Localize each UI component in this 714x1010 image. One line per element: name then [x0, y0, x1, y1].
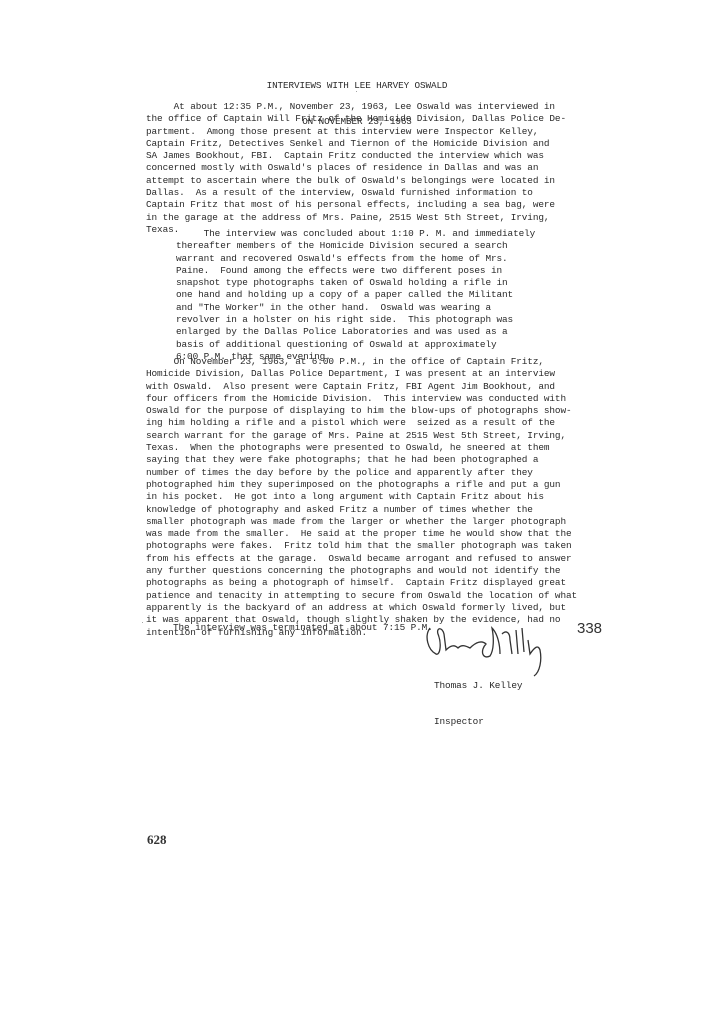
text-line: Dallas. As a result of the interview, Os… [146, 187, 566, 199]
text-line: search warrant for the garage of Mrs. Pa… [146, 430, 577, 442]
signer-name: Thomas J. Kelley [434, 680, 522, 692]
text-line: photographed him they superimposed on th… [146, 479, 577, 491]
text-line: smaller photograph was made from the lar… [146, 516, 577, 528]
paragraph-1: At about 12:35 P.M., November 23, 1963, … [146, 101, 566, 236]
text-line: Oswald for the purpose of displaying to … [146, 405, 577, 417]
text-line: in the garage at the address of Mrs. Pai… [146, 212, 566, 224]
page-number: 628 [147, 832, 167, 848]
text-line: The interview was concluded about 1:10 P… [146, 228, 535, 240]
title-line-1: INTERVIEWS WITH LEE HARVEY OSWALD [0, 80, 714, 92]
text-line: concerned mostly with Oswald's places of… [146, 162, 566, 174]
text-line: saying that they were fake photographs; … [146, 454, 577, 466]
text-line: basis of additional questioning of Oswal… [146, 339, 535, 351]
text-line: enlarged by the Dallas Police Laboratori… [146, 326, 535, 338]
text-line: Texas. When the photographs were present… [146, 442, 577, 454]
text-line: At about 12:35 P.M., November 23, 1963, … [146, 101, 566, 113]
text-line: apparently is the backyard of an address… [146, 602, 577, 614]
exhibit-number: 338 [577, 620, 602, 637]
text-line: ing him holding a rifle and a pistol whi… [146, 417, 577, 429]
document-page: INTERVIEWS WITH LEE HARVEY OSWALD ON NOV… [0, 0, 714, 1010]
text-line: and "The Worker" in the other hand. Oswa… [146, 302, 535, 314]
text-line: SA James Bookhout, FBI. Captain Fritz co… [146, 150, 566, 162]
text-line: Captain Fritz that most of his personal … [146, 199, 566, 211]
text-line: from his effects at the garage. Oswald b… [146, 553, 577, 565]
paragraph-2: The interview was concluded about 1:10 P… [146, 228, 535, 363]
text-line: snapshot type photographs taken of Oswal… [146, 277, 535, 289]
text-line: with Oswald. Also present were Captain F… [146, 381, 577, 393]
text-line: On November 23, 1963, at 6:00 P.M., in t… [146, 356, 577, 368]
text-line: was made from the smaller. He said at th… [146, 528, 577, 540]
text-line: photographs were fakes. Fritz told him t… [146, 540, 577, 552]
text-line: in his pocket. He got into a long argume… [146, 491, 577, 503]
scan-speck [356, 91, 357, 92]
text-line: four officers from the Homicide Division… [146, 393, 577, 405]
text-line: warrant and recovered Oswald's effects f… [146, 253, 535, 265]
text-line: thereafter members of the Homicide Divis… [146, 240, 535, 252]
text-line: any further questions concerning the pho… [146, 565, 577, 577]
scan-speck [142, 622, 143, 623]
text-line: revolver in a holster on his right side.… [146, 314, 535, 326]
text-line: patience and tenacity in attempting to s… [146, 590, 577, 602]
text-line: one hand and holding up a copy of a pape… [146, 289, 535, 301]
scan-speck [445, 118, 447, 120]
signer-title: Inspector [434, 716, 522, 728]
signature-block: Thomas J. Kelley Inspector [434, 656, 522, 752]
text-line: Paine. Found among the effects were two … [146, 265, 535, 277]
text-line: Homicide Division, Dallas Police Departm… [146, 368, 577, 380]
text-line: knowledge of photography and asked Fritz… [146, 504, 577, 516]
text-line: Captain Fritz, Detectives Senkel and Tie… [146, 138, 566, 150]
text-line: photographs as being a photograph of him… [146, 577, 577, 589]
text-line: attempt to ascertain where the bulk of O… [146, 175, 566, 187]
closing-line: The interview was terminated at about 7:… [173, 622, 433, 634]
text-line: partment. Among those present at this in… [146, 126, 566, 138]
text-line: number of times the day before by the po… [146, 467, 577, 479]
paragraph-3: On November 23, 1963, at 6:00 P.M., in t… [146, 356, 577, 639]
text-line: the office of Captain Will Fritz of the … [146, 113, 566, 125]
